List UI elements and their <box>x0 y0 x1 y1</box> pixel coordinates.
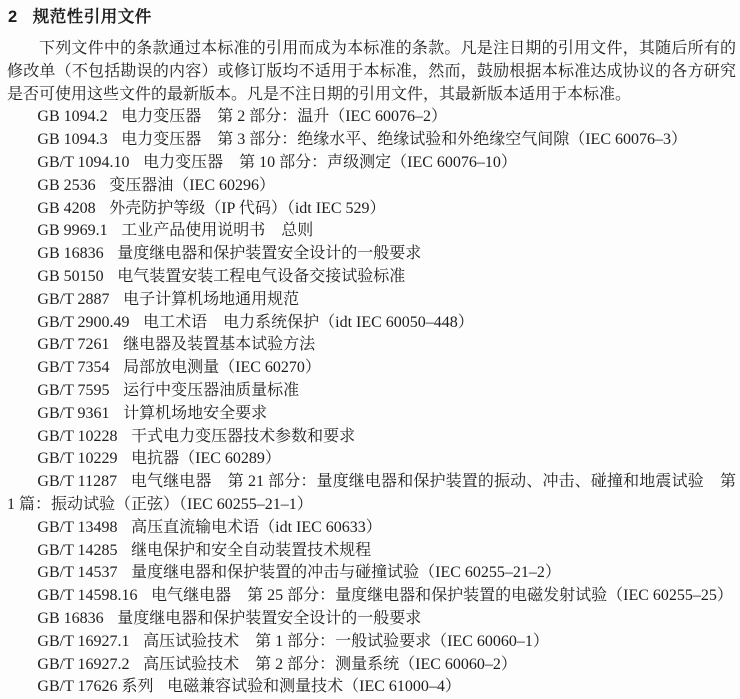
section-number: 2 <box>8 8 18 26</box>
reference-item: GB/T 1094.10电力变压器 第 10 部分：声级测定（IEC 60076… <box>7 152 736 175</box>
reference-code: GB 4208 <box>37 200 95 217</box>
reference-title: 电子计算机场地通用规范 <box>123 291 299 308</box>
reference-code: GB/T 14598.16 <box>37 587 137 604</box>
reference-item: GB 2536变压器油（IEC 60296） <box>7 175 736 198</box>
reference-title: 电力变压器 第 2 部分：温升（IEC 60076–2） <box>121 108 447 125</box>
reference-item: GB 1094.3电力变压器 第 3 部分：绝缘水平、绝缘试验和外绝缘空气间隙（… <box>7 129 736 152</box>
document-page: 2规范性引用文件 下列文件中的条款通过本标准的引用而成为本标准的条款。凡是注日期… <box>0 0 740 699</box>
reference-title: 继电器及装置基本试验方法 <box>123 336 315 353</box>
reference-title: 电气装置安装工程电气设备交接试验标准 <box>117 268 405 285</box>
reference-code: GB 16836 <box>37 245 103 262</box>
reference-title: 电气继电器 第 25 部分：量度继电器和保护装置的电磁发射试验（IEC 6025… <box>151 587 733 604</box>
reference-item: GB/T 14537量度继电器和保护装置的冲击与碰撞试验（IEC 60255–2… <box>7 562 736 585</box>
reference-code: GB/T 7354 <box>37 359 109 376</box>
reference-code: GB/T 16927.1 <box>37 633 129 650</box>
reference-code: GB/T 9361 <box>37 405 109 422</box>
reference-item: GB/T 14285继电保护和安全自动装置技术规程 <box>7 540 736 563</box>
reference-code: GB 1094.3 <box>37 131 107 148</box>
reference-item: GB/T 2900.49电工术语 电力系统保护（idt IEC 60050–44… <box>7 312 736 335</box>
reference-title: 变压器油（IEC 60296） <box>109 177 275 194</box>
reference-item: GB/T 13498高压直流输电术语（idt IEC 60633） <box>7 517 736 540</box>
reference-code: GB/T 2900.49 <box>37 314 129 331</box>
section-heading: 2规范性引用文件 <box>8 7 736 27</box>
reference-code: GB 50150 <box>37 268 103 285</box>
reference-item: GB/T 14598.16电气继电器 第 25 部分：量度继电器和保护装置的电磁… <box>7 585 736 608</box>
reference-item: GB 16836量度继电器和保护装置安全设计的一般要求 <box>7 608 736 631</box>
reference-title: 工业产品使用说明书 总则 <box>121 222 313 239</box>
reference-item: GB/T 16927.1高压试验技术 第 1 部分：一般试验要求（IEC 600… <box>7 631 736 654</box>
reference-item: GB 9969.1工业产品使用说明书 总则 <box>7 220 736 243</box>
reference-title: 电力变压器 第 10 部分：声级测定（IEC 60076–10） <box>143 154 517 171</box>
reference-item: GB/T 10228干式电力变压器技术参数和要求 <box>7 426 736 449</box>
reference-title: 量度继电器和保护装置安全设计的一般要求 <box>117 610 421 627</box>
reference-title: 电力变压器 第 3 部分：绝缘水平、绝缘试验和外绝缘空气间隙（IEC 60076… <box>121 131 687 148</box>
reference-title: 电抗器（IEC 60289） <box>131 450 281 467</box>
reference-item: GB 50150电气装置安装工程电气设备交接试验标准 <box>7 266 736 289</box>
reference-code: GB 9969.1 <box>37 222 107 239</box>
reference-title: 外壳防护等级（IP 代码）（idt IEC 529） <box>109 200 385 217</box>
reference-code: GB/T 16927.2 <box>37 656 129 673</box>
reference-item: GB/T 10229电抗器（IEC 60289） <box>7 448 736 471</box>
reference-code: GB/T 14285 <box>37 542 117 559</box>
reference-title: 干式电力变压器技术参数和要求 <box>131 428 355 445</box>
reference-code: GB 16836 <box>37 610 103 627</box>
reference-code: GB/T 2887 <box>37 291 109 308</box>
reference-list: GB 1094.2电力变压器 第 2 部分：温升（IEC 60076–2） GB… <box>7 106 736 699</box>
reference-title: 高压试验技术 第 2 部分：测量系统（IEC 60060–2） <box>143 656 517 673</box>
reference-code: GB/T 10229 <box>37 450 117 467</box>
reference-code: GB 2536 <box>37 177 95 194</box>
reference-title: 量度继电器和保护装置的冲击与碰撞试验（IEC 60255–21–2） <box>131 564 561 581</box>
reference-item: GB/T 7354局部放电测量（IEC 60270） <box>7 357 736 380</box>
reference-title: 计算机场地安全要求 <box>123 405 267 422</box>
reference-item: GB 16836量度继电器和保护装置安全设计的一般要求 <box>7 243 736 266</box>
reference-code: GB/T 7261 <box>37 336 109 353</box>
reference-code: GB/T 10228 <box>37 428 117 445</box>
reference-title: 局部放电测量（IEC 60270） <box>123 359 321 376</box>
reference-title: 电磁兼容试验和测量技术（IEC 61000–4） <box>167 678 461 695</box>
reference-title: 运行中变压器油质量标准 <box>123 382 299 399</box>
reference-title: 量度继电器和保护装置安全设计的一般要求 <box>117 245 421 262</box>
reference-code: GB/T 14537 <box>37 564 117 581</box>
reference-code: GB/T 7595 <box>37 382 109 399</box>
reference-item: GB/T 7261继电器及装置基本试验方法 <box>7 334 736 357</box>
reference-code: GB/T 1094.10 <box>37 154 129 171</box>
reference-title: 继电保护和安全自动装置技术规程 <box>131 542 371 559</box>
intro-paragraph: 下列文件中的条款通过本标准的引用而成为本标准的条款。凡是注日期的引用文件，其随后… <box>7 38 736 106</box>
reference-item: GB 1094.2电力变压器 第 2 部分：温升（IEC 60076–2） <box>7 106 736 129</box>
reference-item: GB/T 7595运行中变压器油质量标准 <box>7 380 736 403</box>
reference-title: 电工术语 电力系统保护（idt IEC 60050–448） <box>143 314 474 331</box>
reference-item: GB/T 11287电气继电器 第 21 部分：量度继电器和保护装置的振动、冲击… <box>7 471 736 517</box>
reference-item: GB/T 2887电子计算机场地通用规范 <box>7 289 736 312</box>
reference-title: 高压直流输电术语（idt IEC 60633） <box>131 519 382 536</box>
reference-code: GB/T 11287 <box>37 473 117 490</box>
section-title: 规范性引用文件 <box>33 8 152 26</box>
reference-item: GB/T 16927.2高压试验技术 第 2 部分：测量系统（IEC 60060… <box>7 654 736 677</box>
reference-code: GB 1094.2 <box>37 108 107 125</box>
reference-title: 高压试验技术 第 1 部分：一般试验要求（IEC 60060–1） <box>143 633 549 650</box>
reference-item: GB/T 9361计算机场地安全要求 <box>7 403 736 426</box>
reference-item: GB/T 17626 系列电磁兼容试验和测量技术（IEC 61000–4） <box>7 676 736 699</box>
reference-code: GB/T 13498 <box>37 519 117 536</box>
reference-item: GB 4208外壳防护等级（IP 代码）（idt IEC 529） <box>7 198 736 221</box>
reference-code: GB/T 17626 系列 <box>37 678 153 695</box>
